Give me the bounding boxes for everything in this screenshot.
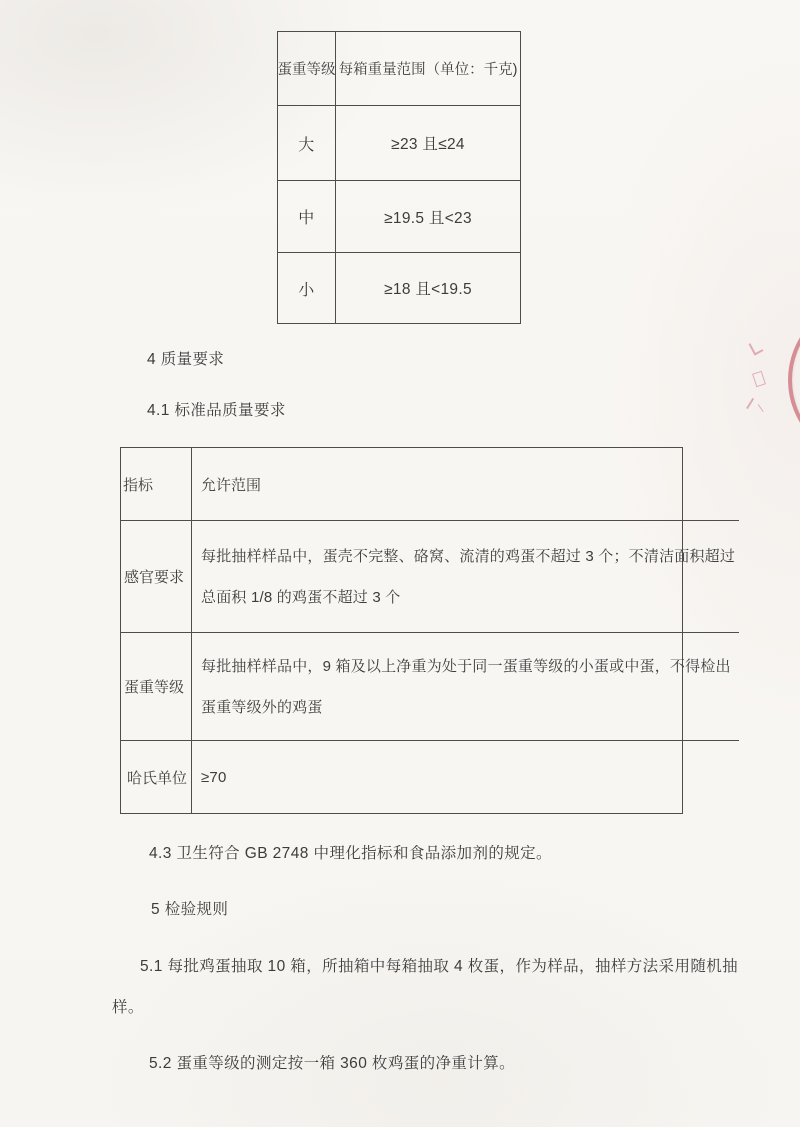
table1-row-small-range: ≥18 且<19.5 [336, 253, 520, 323]
table2-header-indicator: 指标 [121, 448, 192, 521]
table2-row-weight-grade-line1: 每批抽样样品中，9 箱及以上净重为处于同一蛋重等级的小蛋或中蛋，不得检出 [201, 646, 735, 687]
table2-row-weight-grade-label: 蛋重等级 [121, 633, 192, 741]
table2-row-haugh-unit-label: 哈氏单位 [121, 741, 192, 813]
red-seal-stamp-mark [758, 403, 766, 412]
table2-header-range: 允许范围 [192, 448, 739, 521]
red-seal-stamp-icon [788, 298, 800, 462]
red-seal-stamp-mark [752, 371, 766, 387]
table1-row-small-grade: 小 [278, 253, 336, 323]
heading-section-4-1: 4.1 标准品质量要求 [147, 400, 286, 422]
red-seal-stamp-mark [749, 339, 764, 355]
table1-header-range: 每箱重量范围（单位：千克) [336, 32, 520, 106]
table2-row-haugh-unit-requirement: ≥70 [192, 741, 739, 813]
table1-header-grade: 蛋重等级 [278, 32, 336, 106]
table1-row-large-grade: 大 [278, 106, 336, 181]
paragraph-section-5-1-line2: 样。 [112, 997, 144, 1019]
table2-row-sensory-requirement: 每批抽样样品中，蛋壳不完整、硌窝、流清的鸡蛋不超过 3 个；不清洁面积超过 总面… [192, 521, 739, 633]
table1-row-medium-grade: 中 [278, 181, 336, 253]
paragraph-section-5-1-line1: 5.1 每批鸡蛋抽取 10 箱，所抽箱中每箱抽取 4 枚蛋，作为样品，抽样方法采… [140, 956, 738, 978]
table2-row-sensory-label: 感官要求 [121, 521, 192, 633]
table1-row-large-range: ≥23 且≤24 [336, 106, 520, 181]
paragraph-section-4-3: 4.3 卫生符合 GB 2748 中理化指标和食品添加剂的规定。 [149, 843, 552, 865]
red-seal-stamp-mark [746, 398, 756, 410]
scanned-document-page: 蛋重等级 每箱重量范围（单位：千克) 大 ≥23 且≤24 中 ≥19.5 且<… [0, 0, 800, 1127]
paragraph-section-5-2: 5.2 蛋重等级的测定按一箱 360 枚鸡蛋的净重计算。 [149, 1053, 515, 1075]
table2-row-sensory-line1: 每批抽样样品中，蛋壳不完整、硌窝、流清的鸡蛋不超过 3 个；不清洁面积超过 [201, 536, 735, 577]
table2-row-sensory-line2: 总面积 1/8 的鸡蛋不超过 3 个 [201, 577, 735, 618]
heading-section-4: 4 质量要求 [147, 349, 224, 371]
quality-requirements-table: 指标 允许范围 感官要求 每批抽样样品中，蛋壳不完整、硌窝、流清的鸡蛋不超过 3… [120, 447, 683, 814]
egg-weight-grade-table: 蛋重等级 每箱重量范围（单位：千克) 大 ≥23 且≤24 中 ≥19.5 且<… [277, 31, 521, 324]
heading-section-5: 5 检验规则 [151, 899, 228, 921]
table1-row-medium-range: ≥19.5 且<23 [336, 181, 520, 253]
table2-row-weight-grade-requirement: 每批抽样样品中，9 箱及以上净重为处于同一蛋重等级的小蛋或中蛋，不得检出 蛋重等… [192, 633, 739, 741]
table2-row-weight-grade-line2: 蛋重等级外的鸡蛋 [201, 687, 735, 728]
table2-row-haugh-unit-value: ≥70 [201, 757, 735, 798]
